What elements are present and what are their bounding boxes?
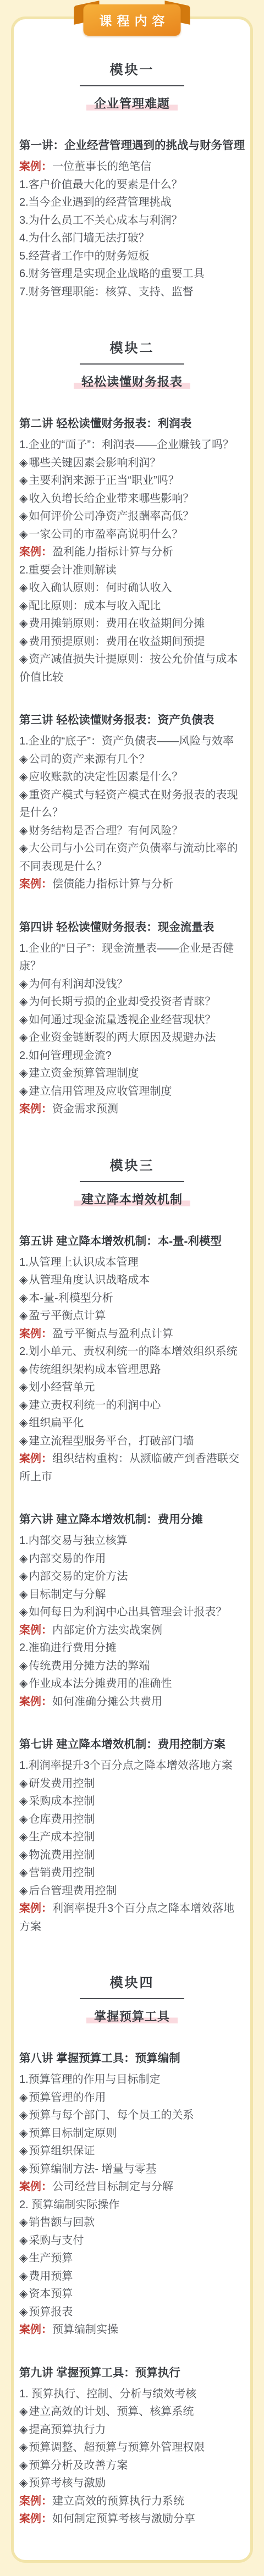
list-item-text: 哪些关键因素会影响利润？ — [29, 457, 161, 469]
diamond-bullet-icon: ◈ — [19, 1417, 28, 1429]
diamond-bullet-icon: ◈ — [19, 2406, 28, 2418]
list-item: ◈为何长期亏损的企业却受投资者青睐？ — [19, 993, 245, 1011]
diamond-bullet-icon: ◈ — [19, 1831, 28, 1843]
list-item: ◈如何评价公司净资产报酬率高低？ — [19, 508, 245, 526]
list-item: ◈预算管理的作用 — [19, 2089, 245, 2107]
case-label: 案例 — [19, 2181, 41, 2193]
list-item: ◈费用预算 — [19, 2268, 245, 2286]
list-item-text: 1.预算管理的作用与目标制定 — [19, 2073, 161, 2086]
diamond-bullet-icon: ◈ — [19, 753, 28, 765]
lecture-heading: 第五讲 建立降本增效机制：本-量-利模型 — [19, 1233, 245, 1250]
list-item: ◈内部交易的作用 — [19, 1550, 245, 1568]
module-title: 模块二 — [19, 337, 245, 356]
list-item: ◈预算与每个部门、每个员工的关系 — [19, 2106, 245, 2125]
list-item: 6.财务管理是实现企业战略的重要工具 — [19, 265, 245, 283]
case-colon: ： — [41, 1328, 52, 1340]
diamond-bullet-icon: ◈ — [19, 2252, 28, 2264]
diamond-bullet-icon: ◈ — [19, 2270, 28, 2282]
list-item: ◈盈亏平衡点计算 — [19, 1307, 245, 1325]
lecture-section: 第七讲 建立降本增效机制：费用控制方案 1.利润率提升3个百分点之降本增效落地方… — [19, 1736, 245, 1935]
case-item: 案例：建立高效的预算执行力系统 — [19, 2492, 245, 2511]
list-item: ◈物流费用控制 — [19, 1846, 245, 1865]
diamond-bullet-icon: ◈ — [19, 2163, 28, 2175]
module-subtitle-text: 建立降本增效机制 — [74, 1193, 190, 1206]
list-item: 2.如何管理现金流? — [19, 1047, 245, 1065]
diamond-bullet-icon: ◈ — [19, 2235, 28, 2247]
case-item: 案例：盈亏平衡点与盈利点计算 — [19, 1325, 245, 1343]
list-item: ◈资产减值损失计提原则：按公允价值与成本价值比较 — [19, 650, 245, 686]
module-header: 模块二 轻松读懂财务报表 — [19, 337, 245, 390]
list-item: ◈预算分析及改善方案 — [19, 2457, 245, 2475]
list-item-text: 物流费用控制 — [29, 1849, 95, 1861]
diamond-bullet-icon: ◈ — [19, 1849, 28, 1861]
diamond-bullet-icon: ◈ — [19, 1678, 28, 1690]
diamond-bullet-icon: ◈ — [19, 2441, 28, 2453]
case-item: 案例：如何准确分摊公共费用 — [19, 1693, 245, 1711]
module-subtitle: 建立降本增效机制 — [19, 1190, 245, 1207]
case-colon: ： — [41, 161, 52, 173]
diamond-bullet-icon: ◈ — [19, 636, 28, 648]
module-subtitle-text: 掌握预算工具 — [86, 2010, 178, 2023]
list-item: ◈公司的资产来源有几个？ — [19, 751, 245, 769]
lecture-heading: 第九讲 掌握预算工具：预算执行 — [19, 2364, 245, 2382]
list-item: 1.企业的“日子”：现金流量表——企业是否健康？ — [19, 940, 245, 975]
module-subtitle: 掌握预算工具 — [19, 2007, 245, 2025]
lecture-section: 第二讲 轻松读懂财务报表：利润表 1.企业的“面子”：利润表——企业赚钱了吗？◈… — [19, 415, 245, 686]
diamond-bullet-icon: ◈ — [19, 582, 28, 594]
list-item-text: 传统组织架构成本管理思路 — [29, 1364, 161, 1376]
list-item: ◈销售额与回款 — [19, 2214, 245, 2232]
case-item: 案例：资金需求预测 — [19, 1100, 245, 1118]
case-text: 偿债能力指标计算与分析 — [52, 878, 173, 890]
list-item: ◈目标制定与分解 — [19, 1586, 245, 1604]
case-colon: ： — [41, 2324, 52, 2336]
list-item: 1.从管理上认识成本管理 — [19, 1254, 245, 1272]
list-item: ◈建立资金预算管理制度 — [19, 1064, 245, 1083]
list-item-text: 建立信用管理及应收管理制度 — [29, 1085, 172, 1097]
case-label: 案例 — [19, 878, 41, 890]
module: 模块四 掌握预算工具 第八讲 掌握预算工具：预算编制 1.预算管理的作用与目标制… — [19, 1972, 245, 2528]
diamond-bullet-icon: ◈ — [19, 2127, 28, 2139]
list-item: ◈研发费用控制 — [19, 1775, 245, 1793]
diamond-bullet-icon: ◈ — [19, 1606, 28, 1618]
case-item: 案例：盈利能力指标计算与分析 — [19, 543, 245, 561]
diamond-bullet-icon: ◈ — [19, 475, 28, 487]
list-item: ◈生产预算 — [19, 2249, 245, 2268]
diamond-bullet-icon: ◈ — [19, 1435, 28, 1447]
list-item: ◈从管理角度认识战略成本 — [19, 1271, 245, 1289]
list-item-text: 建立责权利统一的利润中心 — [29, 1399, 161, 1411]
case-colon: ： — [41, 1696, 52, 1708]
list-item: ◈传统组织架构成本管理思路 — [19, 1361, 245, 1379]
list-item-text: 费用预算 — [29, 2270, 73, 2282]
list-item-text: 划小经营单元 — [29, 1381, 95, 1393]
list-item-text: 为何有利润却没钱？ — [29, 978, 128, 990]
lecture-heading: 第四讲 轻松读懂财务报表：现金流量表 — [19, 919, 245, 936]
section-list: 第五讲 建立降本增效机制：本-量-利模型 1.从管理上认识成本管理◈从管理角度认… — [19, 1233, 245, 1936]
diamond-bullet-icon: ◈ — [19, 510, 28, 522]
case-text: 盈利能力指标计算与分析 — [52, 546, 173, 558]
list-item-text: 预算管理的作用 — [29, 2092, 106, 2104]
list-item-text: 建立高效的计划、预算、核算系统 — [29, 2406, 194, 2418]
module-subtitle-text: 轻松读懂财务报表 — [74, 375, 190, 389]
list-item: ◈建立高效的计划、预算、核算系统 — [19, 2403, 245, 2421]
case-item: 案例：偿债能力指标计算与分析 — [19, 875, 245, 893]
diamond-bullet-icon: ◈ — [19, 1885, 28, 1897]
list-item: ◈营销费用控制 — [19, 1864, 245, 1882]
list-item-text: 1.从管理上认识成本管理 — [19, 1256, 139, 1268]
list-item: 2. 预算编制实际操作 — [19, 2196, 245, 2214]
list-item-text: 一家公司的市盈率高说明什么？ — [29, 528, 183, 540]
list-item-text: 费用预提原则：费用在收益期间预提 — [29, 636, 205, 648]
diamond-bullet-icon: ◈ — [19, 1813, 28, 1825]
list-item: 2.划小单元、责权利统一的降本增效组织系统 — [19, 1343, 245, 1361]
case-label: 案例 — [19, 1696, 41, 1708]
case-colon: ： — [41, 2513, 52, 2525]
diamond-bullet-icon: ◈ — [19, 1399, 28, 1411]
section-list: 第一讲：企业经营管理遇到的挑战与财务管理 案例：一位董事长的绝笔信1.客户价值最… — [19, 137, 245, 301]
case-label: 案例 — [19, 1328, 41, 1340]
list-item: ◈如何通过现金流量透视企业经营现状？ — [19, 1011, 245, 1029]
list-item-text: 作业成本法分摊费用的准确性 — [29, 1678, 172, 1690]
diamond-bullet-icon: ◈ — [19, 2306, 28, 2318]
case-label: 案例 — [19, 2513, 41, 2525]
diamond-bullet-icon: ◈ — [19, 825, 28, 837]
diamond-bullet-icon: ◈ — [19, 771, 28, 783]
list-item: ◈预算报表 — [19, 2303, 245, 2321]
case-label: 案例 — [19, 1453, 41, 1465]
section-list: 第八讲 掌握预算工具：预算编制 1.预算管理的作用与目标制定◈预算管理的作用◈预… — [19, 2050, 245, 2528]
list-item: 1.企业的“底子”：资产负债表——风险与效率 — [19, 732, 245, 751]
list-item-text: 生产预算 — [29, 2252, 73, 2264]
lecture-items: 1.企业的“底子”：资产负债表——风险与效率◈公司的资产来源有几个？◈应收账款的… — [19, 732, 245, 893]
list-item-text: 配比原则：成本与收入配比 — [29, 600, 161, 612]
case-colon: ： — [41, 546, 52, 558]
case-item: 案例：利润率提升3个百分点之降本增效落地方案 — [19, 1900, 245, 1935]
case-text: 如何准确分摊公共费用 — [52, 1696, 162, 1708]
case-label: 案例 — [19, 2495, 41, 2507]
list-item: ◈费用预提原则：费用在收益期间预提 — [19, 633, 245, 651]
case-label: 案例 — [19, 1902, 41, 1915]
case-colon: ： — [41, 878, 52, 890]
list-item-text: 预算编制方法- 增量与零基 — [29, 2163, 156, 2175]
diamond-bullet-icon: ◈ — [19, 1867, 28, 1879]
list-item: ◈划小经营单元 — [19, 1378, 245, 1397]
case-text: 资金需求预测 — [52, 1103, 118, 1115]
diamond-bullet-icon: ◈ — [19, 653, 28, 665]
list-item-text: 1.企业的“日子”：现金流量表——企业是否健康？ — [19, 942, 234, 973]
list-item: ◈组织扁平化 — [19, 1414, 245, 1432]
list-item: ◈建立流程型服务平台，打破部门墙 — [19, 1432, 245, 1450]
diamond-bullet-icon: ◈ — [19, 1660, 28, 1672]
list-item-text: 大公司与小公司在资产负债率与流动比率的不同表现是什么？ — [19, 842, 238, 873]
list-item: ◈内部交易的定价方法 — [19, 1568, 245, 1586]
case-item: 案例：内部定价方法实战案例 — [19, 1621, 245, 1640]
diamond-bullet-icon: ◈ — [19, 1085, 28, 1097]
list-item-text: 7.财务管理职能：核算、支持、监督 — [19, 286, 194, 298]
case-text: 一位董事长的绝笔信 — [52, 161, 151, 173]
case-label: 案例 — [19, 546, 41, 558]
lecture-items: 1.预算管理的作用与目标制定◈预算管理的作用◈预算与每个部门、每个员工的关系◈预… — [19, 2071, 245, 2339]
list-item-text: 传统费用分摊方法的弊端 — [29, 1660, 150, 1672]
list-item-text: 资产减值损失计提原则：按公允价值与成本价值比较 — [19, 653, 238, 683]
list-item-text: 2.当今企业遇到的经营管理挑战 — [19, 196, 172, 208]
list-item-text: 6.财务管理是实现企业战略的重要工具 — [19, 268, 205, 280]
list-item-text: 重资产模式与轻资产模式在财务报表的表现是什么？ — [19, 789, 238, 819]
diamond-bullet-icon: ◈ — [19, 1795, 28, 1807]
list-item: ◈大公司与小公司在资产负债率与流动比率的不同表现是什么？ — [19, 840, 245, 875]
list-item: ◈生产成本控制 — [19, 1828, 245, 1846]
list-item-text: 建立流程型服务平台，打破部门墙 — [29, 1435, 194, 1447]
case-text: 盈亏平衡点与盈利点计算 — [52, 1328, 173, 1340]
list-item-text: 3.为什么员工不关心成本与利润？ — [19, 214, 183, 227]
module-divider — [80, 1181, 184, 1182]
case-colon: ： — [41, 2181, 52, 2193]
list-item-text: 1.企业的“底子”：资产负债表——风险与效率 — [19, 735, 234, 747]
case-item: 案例：预算编制实操 — [19, 2321, 245, 2339]
list-item-text: 企业资金链断裂的两大原因及规避办法 — [29, 1031, 216, 1044]
case-label: 案例 — [19, 1624, 41, 1636]
case-colon: ： — [41, 1103, 52, 1115]
list-item-text: 预算报表 — [29, 2306, 73, 2318]
list-item-text: 内部交易的定价方法 — [29, 1570, 128, 1582]
diamond-bullet-icon: ◈ — [19, 2288, 28, 2300]
diamond-bullet-icon: ◈ — [19, 996, 28, 1008]
section-list: 第二讲 轻松读懂财务报表：利润表 1.企业的“面子”：利润表——企业赚钱了吗？◈… — [19, 415, 245, 1118]
diamond-bullet-icon: ◈ — [19, 2424, 28, 2436]
list-item-text: 2.划小单元、责权利统一的降本增效组织系统 — [19, 1345, 238, 1358]
list-item-text: 资本预算 — [29, 2288, 73, 2300]
list-item: 2.当今企业遇到的经营管理挑战 — [19, 194, 245, 212]
lecture-section: 第八讲 掌握预算工具：预算编制 1.预算管理的作用与目标制定◈预算管理的作用◈预… — [19, 2050, 245, 2339]
list-item-text: 2.如何管理现金流? — [19, 1050, 112, 1062]
module-divider — [80, 363, 184, 365]
case-label: 案例 — [19, 161, 41, 173]
diamond-bullet-icon: ◈ — [19, 617, 28, 630]
list-item: 1.内部交易与独立核算 — [19, 1532, 245, 1550]
list-item: ◈仓库费用控制 — [19, 1811, 245, 1829]
list-item-text: 1.利润率提升3个百分点之降本增效落地方案 — [19, 1759, 233, 1772]
lecture-items: 1.从管理上认识成本管理◈从管理角度认识战略成本◈本-量-利模型分析◈盈亏平衡点… — [19, 1254, 245, 1486]
list-item-text: 1.内部交易与独立核算 — [19, 1535, 128, 1547]
module-header: 模块四 掌握预算工具 — [19, 1972, 245, 2025]
list-item-text: 财务结构是否合理？有何风险？ — [29, 825, 183, 837]
lecture-items: 1.企业的“日子”：现金流量表——企业是否健康？◈为何有利润却没钱？◈为何长期亏… — [19, 940, 245, 1118]
list-item-text: 1.企业的“面子”：利润表——企业赚钱了吗？ — [19, 439, 234, 451]
list-item-text: 采购与支付 — [29, 2235, 84, 2247]
list-item-text: 如何通过现金流量透视企业经营现状？ — [29, 1014, 216, 1026]
list-item: ◈如何每日为利润中心出具管理会计报表？ — [19, 1603, 245, 1621]
list-item: ◈配比原则：成本与收入配比 — [19, 597, 245, 615]
lecture-section: 第三讲 轻松读懂财务报表：资产负债表 1.企业的“底子”：资产负债表——风险与效… — [19, 711, 245, 893]
lecture-section: 第四讲 轻松读懂财务报表：现金流量表 1.企业的“日子”：现金流量表——企业是否… — [19, 919, 245, 1118]
lecture-section: 第六讲 建立降本增效机制：费用分摊 1.内部交易与独立核算◈内部交易的作用◈内部… — [19, 1511, 245, 1711]
list-item-text: 预算考核与激励 — [29, 2477, 106, 2489]
case-text: 组织结构重构：从濒临破产到香港联交所上市 — [19, 1453, 239, 1483]
diamond-bullet-icon: ◈ — [19, 2477, 28, 2489]
module-subtitle: 企业管理难题 — [19, 95, 245, 112]
case-text: 公司经营目标制定与分解 — [52, 2181, 173, 2193]
list-item: 1.企业的“面子”：利润表——企业赚钱了吗？ — [19, 436, 245, 454]
list-item: 5.经营者工作中的财务短板 — [19, 247, 245, 266]
list-item: ◈本-量-利模型分析 — [19, 1289, 245, 1308]
list-item-text: 提高预算执行力 — [29, 2424, 106, 2436]
list-item-text: 内部交易的作用 — [29, 1553, 106, 1565]
list-item: ◈预算编制方法- 增量与零基 — [19, 2160, 245, 2178]
diamond-bullet-icon: ◈ — [19, 1292, 28, 1304]
module-divider — [80, 1998, 184, 1999]
list-item-text: 盈亏平衡点计算 — [29, 1310, 106, 1322]
module-title: 模块一 — [19, 59, 245, 78]
list-item: ◈重资产模式与轻资产模式在财务报表的表现是什么？ — [19, 786, 245, 822]
module-header: 模块一 企业管理难题 — [19, 59, 245, 112]
module-list: 模块一 企业管理难题 第一讲：企业经营管理遇到的挑战与财务管理 案例：一位董事长… — [19, 59, 245, 2528]
list-item-text: 5.经营者工作中的财务短板 — [19, 250, 150, 262]
lecture-heading: 第七讲 建立降本增效机制：费用控制方案 — [19, 1736, 245, 1753]
list-item-text: 主要利润来源于正当“职业”吗？ — [29, 475, 179, 487]
list-item-text: 预算调整、超预算与预算外管理权限 — [29, 2441, 205, 2453]
diamond-bullet-icon: ◈ — [19, 493, 28, 505]
case-text: 如何制定预算考核与激励分享 — [52, 2513, 195, 2525]
module-title: 模块三 — [19, 1155, 245, 1174]
list-item-text: 预算分析及改善方案 — [29, 2459, 128, 2472]
list-item-text: 如何评价公司净资产报酬率高低？ — [29, 510, 194, 522]
list-item: ◈资本预算 — [19, 2285, 245, 2303]
diamond-bullet-icon: ◈ — [19, 1553, 28, 1565]
diamond-bullet-icon: ◈ — [19, 978, 28, 990]
list-item-text: 本-量-利模型分析 — [29, 1292, 113, 1304]
list-item: 3.为什么员工不关心成本与利润？ — [19, 212, 245, 230]
case-item: 案例：组织结构重构：从濒临破产到香港联交所上市 — [19, 1450, 245, 1486]
diamond-bullet-icon: ◈ — [19, 1067, 28, 1079]
list-item: ◈建立信用管理及应收管理制度 — [19, 1083, 245, 1101]
lecture-items: 案例：一位董事长的绝笔信1.客户价值最大化的要素是什么？2.当今企业遇到的经营管… — [19, 158, 245, 301]
list-item: ◈为何有利润却没钱？ — [19, 975, 245, 994]
list-item-text: 公司的资产来源有几个？ — [29, 753, 150, 765]
list-item: 1. 预算执行、控制、分析与绩效考核 — [19, 2385, 245, 2403]
course-card: 模块一 企业管理难题 第一讲：企业经营管理遇到的挑战与财务管理 案例：一位董事长… — [11, 16, 253, 2563]
diamond-bullet-icon: ◈ — [19, 1588, 28, 1601]
course-content-ribbon: 课程内容 — [84, 4, 181, 36]
list-item-text: 生产成本控制 — [29, 1831, 95, 1843]
diamond-bullet-icon: ◈ — [19, 1778, 28, 1790]
diamond-bullet-icon: ◈ — [19, 2216, 28, 2229]
case-label: 案例 — [19, 1103, 41, 1115]
lecture-items: 1.内部交易与独立核算◈内部交易的作用◈内部交易的定价方法◈目标制定与分解◈如何… — [19, 1532, 245, 1711]
list-item-text: 2.重要会计准则解读 — [19, 564, 117, 576]
diamond-bullet-icon: ◈ — [19, 600, 28, 612]
module-title: 模块四 — [19, 1972, 245, 1991]
list-item-text: 预算与每个部门、每个员工的关系 — [29, 2109, 194, 2121]
list-item-text: 组织扁平化 — [29, 1417, 84, 1429]
course-content-page: 课程内容 模块一 企业管理难题 第一讲：企业经营管理遇到的挑战与财务管理 案例：… — [0, 0, 264, 2576]
list-item: 2.重要会计准则解读 — [19, 561, 245, 580]
list-item: 4.为什么部门墙无法打破？ — [19, 229, 245, 247]
list-item: ◈提高预算执行力 — [19, 2421, 245, 2439]
lecture-heading: 第八讲 掌握预算工具：预算编制 — [19, 2050, 245, 2067]
diamond-bullet-icon: ◈ — [19, 1381, 28, 1393]
list-item: ◈建立责权利统一的利润中心 — [19, 1397, 245, 1415]
list-item-text: 采购成本控制 — [29, 1795, 95, 1807]
list-item-text: 2.准确进行费用分摊 — [19, 1642, 117, 1654]
list-item: ◈预算调整、超预算与预算外管理权限 — [19, 2439, 245, 2457]
diamond-bullet-icon: ◈ — [19, 1310, 28, 1322]
diamond-bullet-icon: ◈ — [19, 1364, 28, 1376]
diamond-bullet-icon: ◈ — [19, 789, 28, 801]
list-item: 2.准确进行费用分摊 — [19, 1639, 245, 1657]
list-item: ◈企业资金链断裂的两大原因及规避办法 — [19, 1029, 245, 1047]
diamond-bullet-icon: ◈ — [19, 1014, 28, 1026]
list-item-text: 从管理角度认识战略成本 — [29, 1274, 150, 1286]
lecture-items: 1.企业的“面子”：利润表——企业赚钱了吗？◈哪些关键因素会影响利润？◈主要利润… — [19, 436, 245, 686]
list-item-text: 目标制定与分解 — [29, 1588, 106, 1601]
case-text: 内部定价方法实战案例 — [52, 1624, 162, 1636]
diamond-bullet-icon: ◈ — [19, 2092, 28, 2104]
lecture-section: 第五讲 建立降本增效机制：本-量-利模型 1.从管理上认识成本管理◈从管理角度认… — [19, 1233, 245, 1486]
list-item-text: 应收账款的决定性因素是什么？ — [29, 771, 183, 783]
diamond-bullet-icon: ◈ — [19, 457, 28, 469]
case-item: 案例：一位董事长的绝笔信 — [19, 158, 245, 176]
ribbon-badge-label: 课程内容 — [84, 4, 181, 36]
diamond-bullet-icon: ◈ — [19, 1570, 28, 1582]
diamond-bullet-icon: ◈ — [19, 2459, 28, 2472]
list-item: ◈传统费用分摊方法的弊端 — [19, 1657, 245, 1675]
case-colon: ： — [41, 1453, 52, 1465]
list-item: ◈应收账款的决定性因素是什么？ — [19, 768, 245, 786]
list-item: ◈作业成本法分摊费用的准确性 — [19, 1675, 245, 1693]
list-item-text: 后台管理费用控制 — [29, 1885, 117, 1897]
list-item: ◈采购与支付 — [19, 2232, 245, 2250]
list-item-text: 为何长期亏损的企业却受投资者青睐？ — [29, 996, 216, 1008]
module: 模块二 轻松读懂财务报表 第二讲 轻松读懂财务报表：利润表 1.企业的“面子”：… — [19, 337, 245, 1118]
lecture-section: 第九讲 掌握预算工具：预算执行 1. 预算执行、控制、分析与绩效考核◈建立高效的… — [19, 2364, 245, 2528]
diamond-bullet-icon: ◈ — [19, 2109, 28, 2121]
module-divider — [80, 85, 184, 86]
list-item: ◈预算考核与激励 — [19, 2474, 245, 2492]
list-item: ◈一家公司的市盈率高说明什么？ — [19, 526, 245, 544]
case-text: 预算编制实操 — [52, 2324, 118, 2336]
list-item-text: 收入负增长给企业带来哪些影响？ — [29, 493, 194, 505]
list-item: ◈预算目标制定原则 — [19, 2125, 245, 2143]
lecture-items: 1. 预算执行、控制、分析与绩效考核◈建立高效的计划、预算、核算系统◈提高预算执… — [19, 2385, 245, 2528]
list-item: ◈哪些关键因素会影响利润？ — [19, 454, 245, 472]
list-item: ◈收入负增长给企业带来哪些影响？ — [19, 490, 245, 508]
module: 模块三 建立降本增效机制 第五讲 建立降本增效机制：本-量-利模型 1.从管理上… — [19, 1155, 245, 1936]
diamond-bullet-icon: ◈ — [19, 842, 28, 854]
list-item-text: 如何每日为利润中心出具管理会计报表？ — [29, 1606, 227, 1618]
list-item-text: 仓库费用控制 — [29, 1813, 95, 1825]
list-item-text: 建立资金预算管理制度 — [29, 1067, 139, 1079]
list-item: ◈预算组织保证 — [19, 2142, 245, 2160]
lecture-heading: 第六讲 建立降本增效机制：费用分摊 — [19, 1511, 245, 1529]
list-item: ◈费用摊销原则：费用在收益期间分摊 — [19, 615, 245, 633]
case-colon: ： — [41, 2495, 52, 2507]
list-item: ◈收入确认原则：何时确认收入 — [19, 579, 245, 597]
list-item: 1.客户价值最大化的要素是什么？ — [19, 176, 245, 194]
list-item: ◈财务结构是否合理？有何风险？ — [19, 822, 245, 840]
list-item-text: 研发费用控制 — [29, 1778, 95, 1790]
list-item: ◈采购成本控制 — [19, 1792, 245, 1811]
module-header: 模块三 建立降本增效机制 — [19, 1155, 245, 1207]
lecture-heading: 第三讲 轻松读懂财务报表：资产负债表 — [19, 711, 245, 729]
case-item: 案例：如何制定预算考核与激励分享 — [19, 2510, 245, 2528]
module-subtitle: 轻松读懂财务报表 — [19, 373, 245, 390]
lecture-heading: 第一讲：企业经营管理遇到的挑战与财务管理 — [19, 137, 245, 155]
list-item-text: 营销费用控制 — [29, 1867, 95, 1879]
list-item-text: 1.客户价值最大化的要素是什么？ — [19, 179, 183, 191]
list-item-text: 2. 预算编制实际操作 — [19, 2199, 119, 2211]
case-colon: ： — [41, 1624, 52, 1636]
